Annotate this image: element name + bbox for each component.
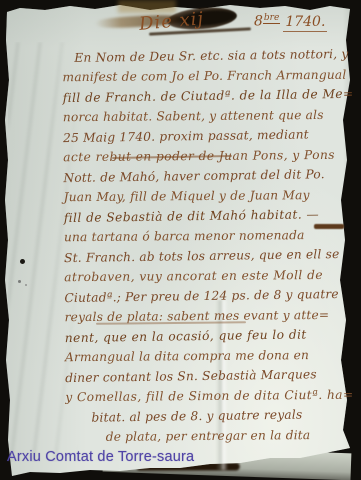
paper-hole bbox=[20, 259, 25, 264]
manuscript-line: fill de Sebastià de dit Mahó habitat. — bbox=[64, 204, 344, 228]
manuscript-lines: En Nom de Deu Sr. etc. sia a tots nottor… bbox=[62, 45, 345, 447]
date-line: 8bre1740. bbox=[254, 13, 327, 30]
manuscript-line: St. Franch. ab tots los arreus, que en e… bbox=[64, 244, 344, 268]
manuscript-line: bitat. al pes de 8. y quatre reyals bbox=[65, 404, 345, 428]
manuscript-line: de plata, per entregar en la dita bbox=[66, 425, 346, 447]
paper-speck bbox=[18, 280, 21, 283]
manuscript-line: fill de Franch. de Ciutadª. de la Illa d… bbox=[63, 84, 343, 108]
manuscript-line: Nott. de Mahó, haver comprat del dit Po. bbox=[63, 164, 343, 188]
manuscript-line: Ciutadª.; Per preu de 124 ps. de 8 y qua… bbox=[64, 284, 344, 308]
manuscript-line: En Nom de Deu Sr. etc. sia a tots nottor… bbox=[62, 44, 342, 68]
crossout-stroke bbox=[314, 224, 344, 229]
photo-background: Die xij 8bre1740. En Nom de Deu Sr. etc.… bbox=[0, 0, 361, 480]
date-day: 8 bbox=[254, 14, 263, 30]
archive-watermark: Arxiu Comtat de Torre-saura bbox=[7, 449, 194, 465]
date-month-suffix: bre bbox=[263, 13, 280, 24]
manuscript-line: 25 Maig 1740. proxim passat, mediant bbox=[63, 124, 343, 148]
manuscript-line: nent, que en la ocasió, que feu lo dit bbox=[65, 324, 345, 348]
manuscript-line: diner contant los Sn. Sebastià Marques bbox=[65, 364, 345, 388]
date-year: 1740. bbox=[283, 14, 327, 32]
paper-speck bbox=[25, 284, 27, 286]
